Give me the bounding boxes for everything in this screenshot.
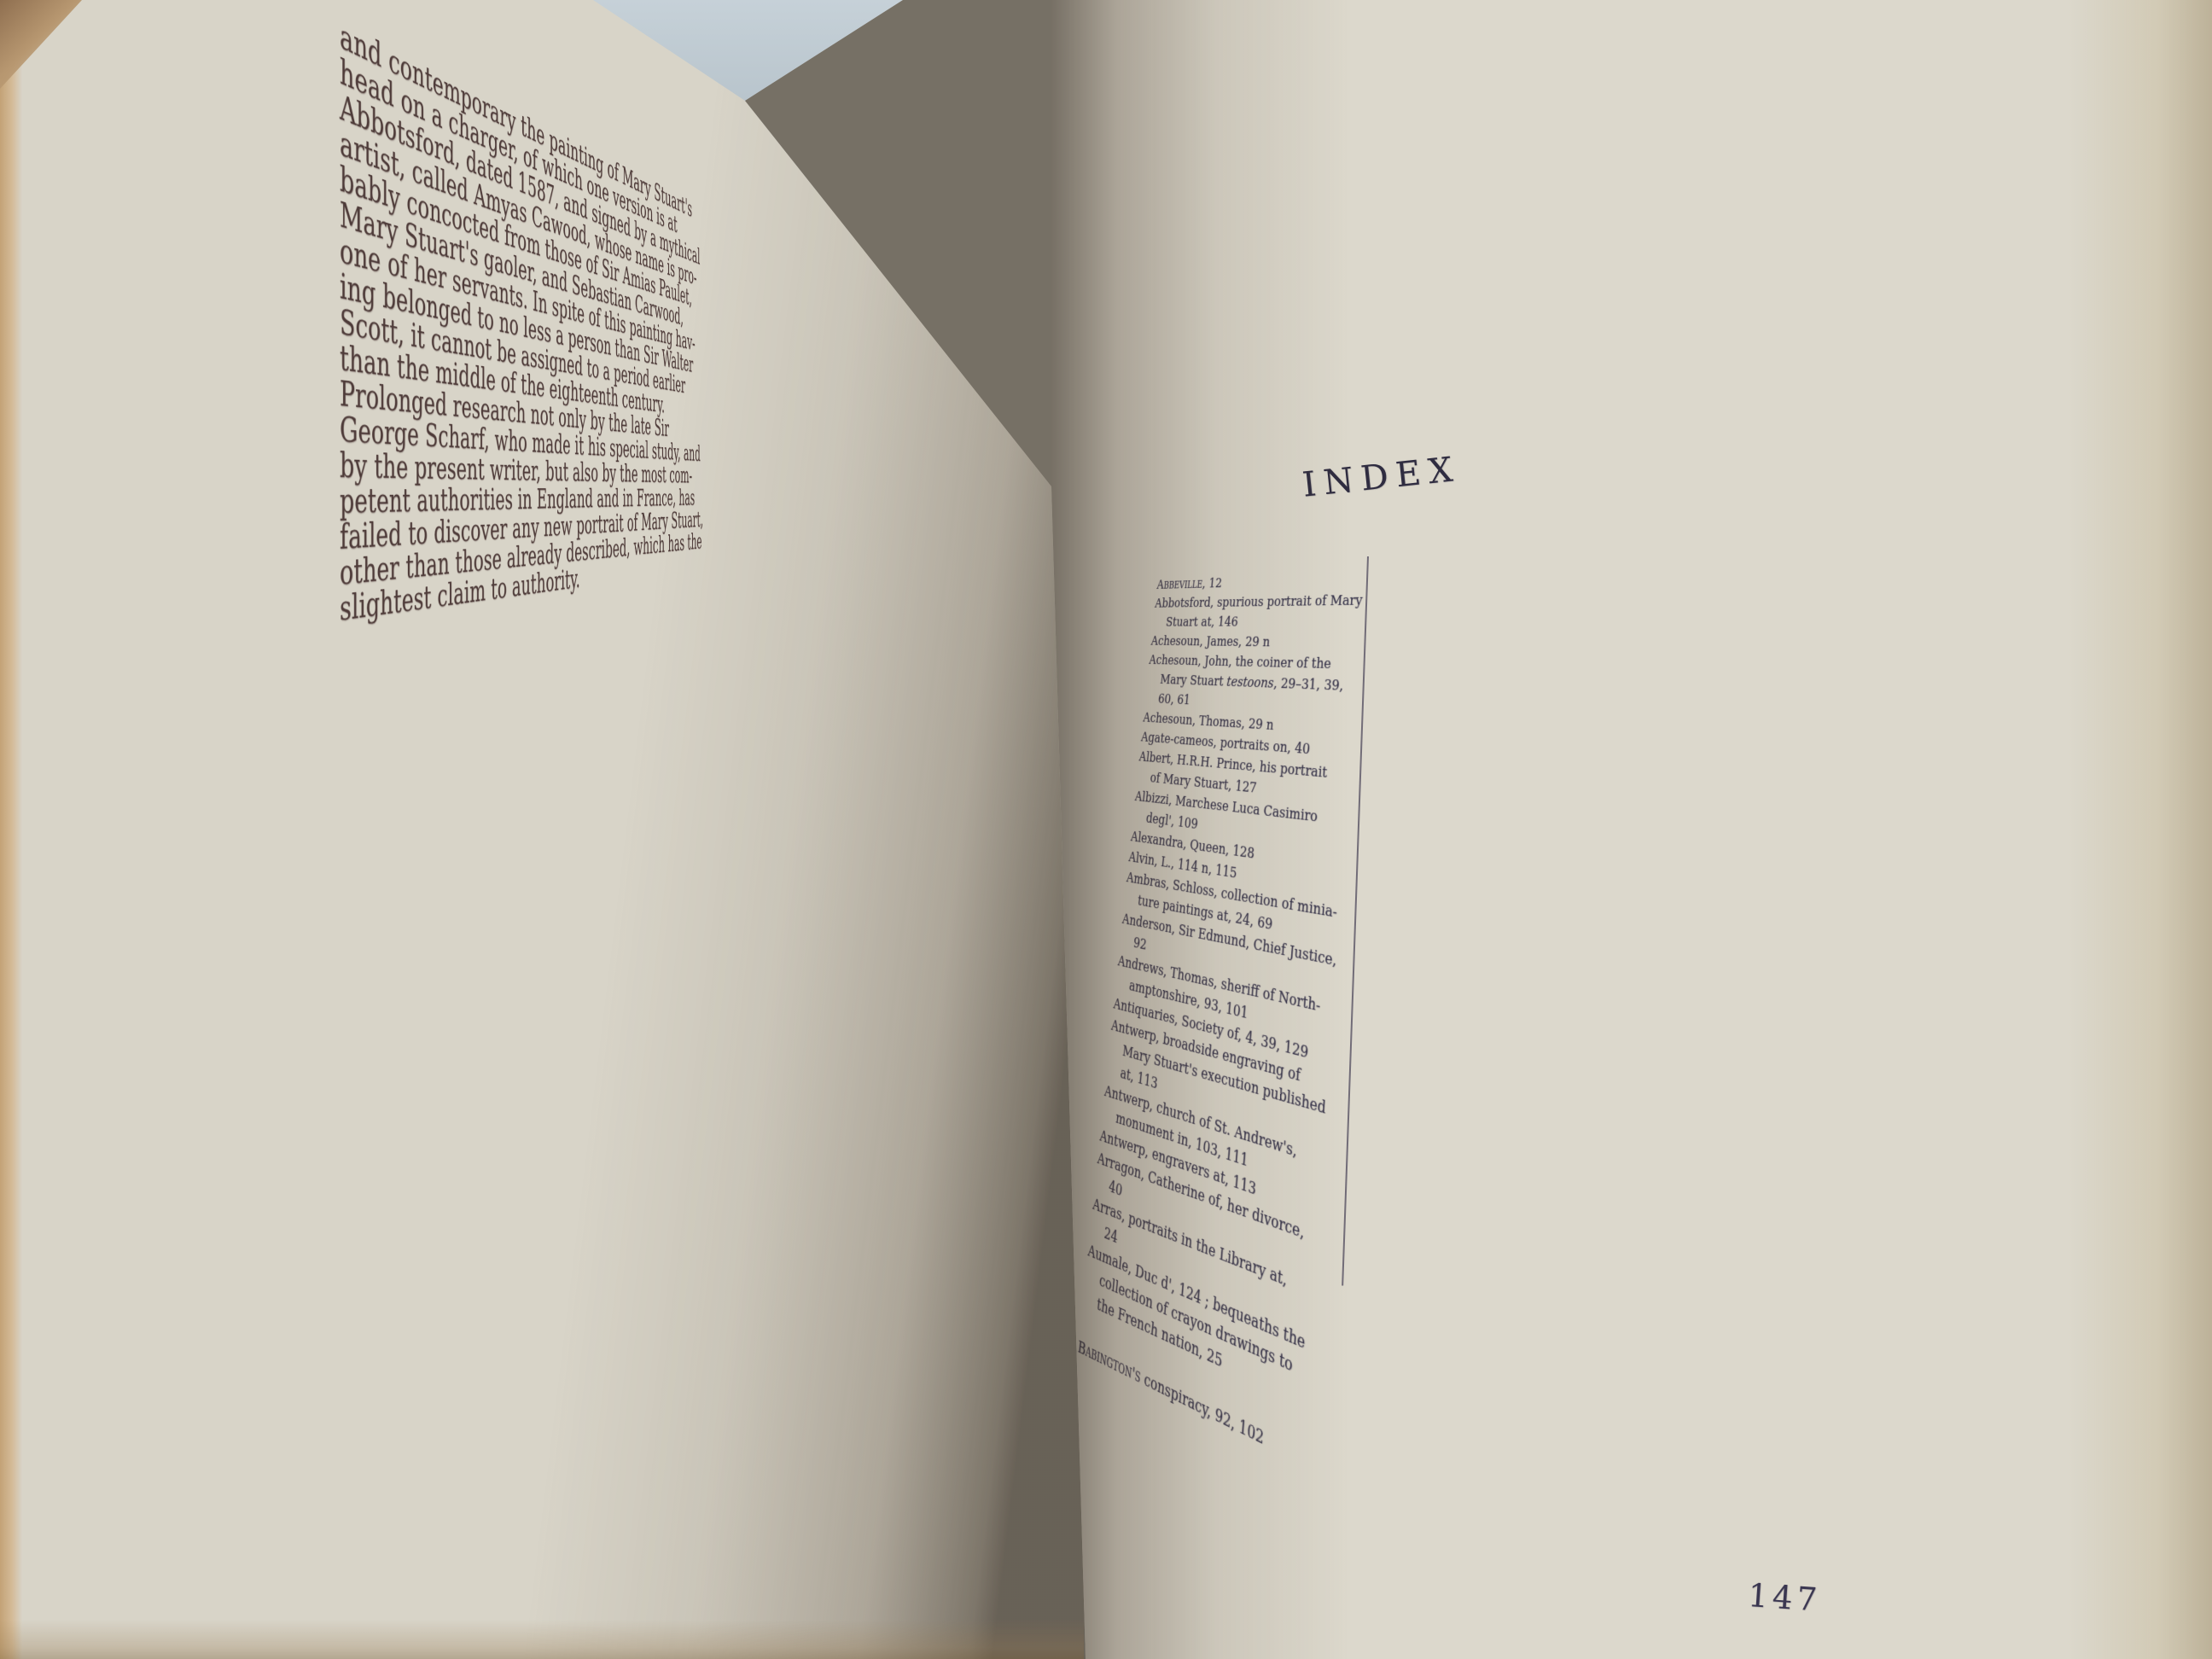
index-entry-line: Stuart at, 146 bbox=[1152, 611, 1371, 632]
page-edge-left bbox=[0, 56, 22, 1659]
page-edge-bottom bbox=[0, 1620, 1084, 1659]
index-entry-line: rains, 37 n bbox=[1454, 626, 2021, 650]
book-spread-photo: and contemporary the painting of Mary St… bbox=[0, 0, 2212, 1659]
page-number: 147 bbox=[1747, 1577, 1822, 1619]
index-entry-line: Bartholomew, St., massacre of, bbox=[1451, 650, 2019, 675]
index-entry-line: Abbotsford, spurious portrait of Mary bbox=[1154, 590, 1372, 613]
index-entry-line: Barbet de Jouy, Musée des Souve- bbox=[1458, 602, 2022, 628]
